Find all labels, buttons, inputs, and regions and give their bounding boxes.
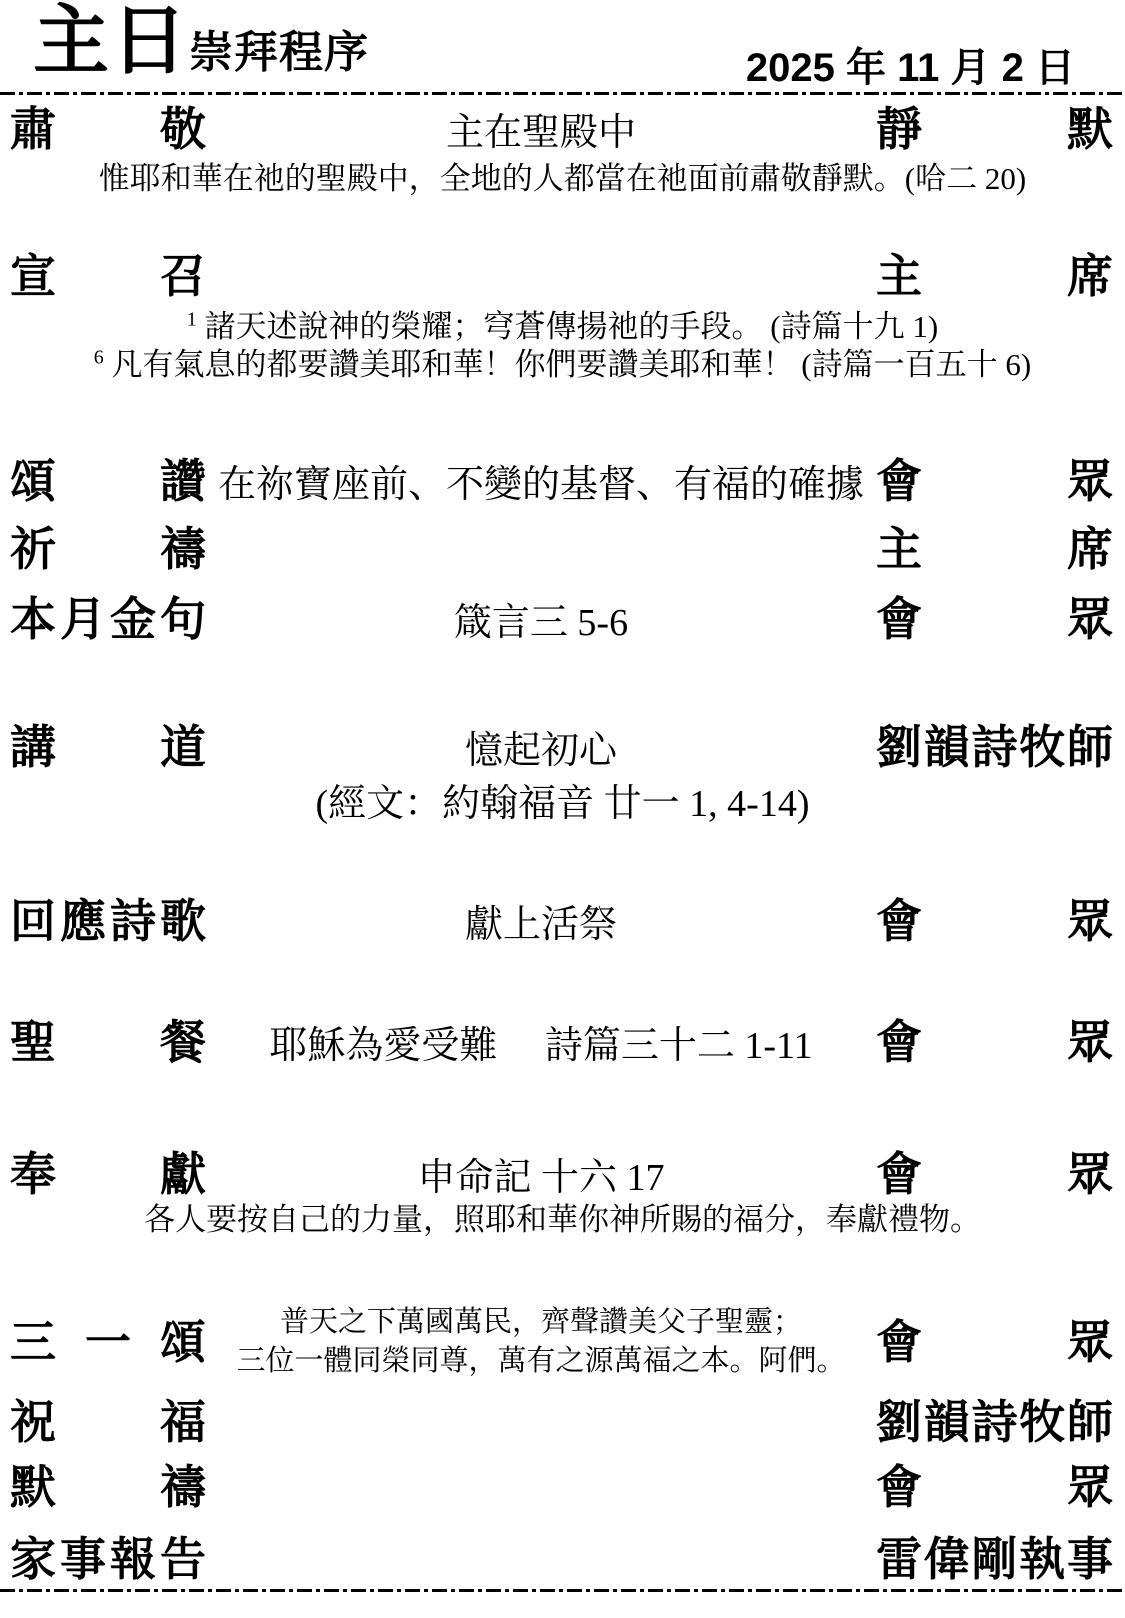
page-title-sub: 崇拜程序 <box>189 28 369 77</box>
item-label: 講道 <box>10 721 206 774</box>
item-leader: 會眾 <box>876 1148 1113 1201</box>
program-row-announcements: 家事報告 雷偉剛執事 <box>10 1533 1113 1586</box>
program-row-monthly-verse: 本月金句 箴言三 5-6 會眾 <box>10 593 1113 646</box>
item-label: 家事報告 <box>10 1533 206 1586</box>
item-label: 默禱 <box>10 1461 206 1514</box>
item-label: 祈禱 <box>10 523 206 576</box>
program-row-benediction: 祝福 劉韻詩牧師 <box>10 1396 1113 1449</box>
item-leader: 雷偉剛執事 <box>876 1533 1113 1586</box>
item-label: 本月金句 <box>10 593 206 646</box>
verse-number: 1 <box>187 309 197 331</box>
item-content: 在祢寶座前、不變的基督、有福的確據 <box>206 464 876 508</box>
item-leader: 主席 <box>876 250 1113 303</box>
item-leader: 會眾 <box>876 895 1113 948</box>
item-content: 申命記 十六 17 <box>206 1157 876 1201</box>
item-leader: 會眾 <box>876 455 1113 508</box>
item-leader: 劉韻詩牧師 <box>876 1396 1113 1449</box>
program-row-communion: 聖餐 耶穌為愛受難 詩篇三十二 1-11 會眾 <box>10 1016 1113 1069</box>
scripture-note: 惟耶和華在祂的聖殿中，全地的人都當在祂面前肅敬靜默。(哈二 20) <box>0 160 1125 197</box>
item-content: 獻上活祭 <box>206 904 876 948</box>
divider-bottom <box>0 1589 1125 1592</box>
item-label: 肅敬 <box>10 103 206 156</box>
program-row-praise: 頌讚 在祢寶座前、不變的基督、有福的確據 會眾 <box>10 455 1113 508</box>
program-row-offering: 奉獻 申命記 十六 17 會眾 <box>10 1148 1113 1201</box>
item-leader: 會眾 <box>876 1016 1113 1069</box>
item-content: 主在聖殿中 <box>206 112 876 156</box>
item-label: 聖餐 <box>10 1016 206 1069</box>
program-row-doxology: 三一頌 普天之下萬國萬民，齊聲讚美父子聖靈； 三位一體同榮同尊，萬有之源萬福之本… <box>10 1303 1113 1381</box>
scripture-note: 1 諸天述說神的榮耀；穹蒼傳揚祂的手段。 (詩篇十九 1) <box>0 308 1125 345</box>
service-date: 2025 年 11 月 2 日 <box>746 36 1075 93</box>
item-label: 頌讚 <box>10 455 206 508</box>
scripture-note: 各人要按自己的力量，照耶和華你神所賜的福分，奉獻禮物。 <box>0 1201 1125 1238</box>
item-leader: 會眾 <box>876 1316 1113 1369</box>
program-row-response-hymn: 回應詩歌 獻上活祭 會眾 <box>10 895 1113 948</box>
item-content: 普天之下萬國萬民，齊聲讚美父子聖靈； 三位一體同榮同尊，萬有之源萬福之本。阿們。 <box>206 1303 876 1381</box>
verse-text: 諸天述說神的榮耀；穹蒼傳揚祂的手段。 (詩篇十九 1) <box>205 309 939 344</box>
item-leader: 會眾 <box>876 1461 1113 1514</box>
item-content: 耶穌為愛受難 詩篇三十二 1-11 <box>206 1025 876 1069</box>
item-label: 奉獻 <box>10 1148 206 1201</box>
item-label: 三一頌 <box>10 1316 206 1369</box>
verse-text: 凡有氣息的都要讚美耶和華！你們要讚美耶和華！ (詩篇一百五十 6) <box>112 347 1032 382</box>
program-row-silence: 肅敬 主在聖殿中 靜默 <box>10 103 1113 156</box>
item-content: 箴言三 5-6 <box>206 602 876 646</box>
item-leader: 靜默 <box>876 103 1113 156</box>
item-label: 回應詩歌 <box>10 895 206 948</box>
program-row-prayer: 祈禱 主席 <box>10 523 1113 576</box>
sermon-scripture-note: (經文：約翰福音 廿一 1, 4-14) <box>0 782 1125 828</box>
verse-number: 6 <box>94 347 104 369</box>
scripture-note: 6 凡有氣息的都要讚美耶和華！你們要讚美耶和華！ (詩篇一百五十 6) <box>0 346 1125 383</box>
program-row-silent-prayer: 默禱 會眾 <box>10 1461 1113 1514</box>
doxology-line: 普天之下萬國萬民，齊聲讚美父子聖靈； <box>206 1303 876 1342</box>
program-row-call-to-worship: 宣召 主席 <box>10 250 1113 303</box>
divider-top <box>0 92 1125 95</box>
page-title: 主日崇拜程序 <box>33 0 369 84</box>
item-content: 憶起初心 <box>206 730 876 774</box>
program-row-sermon: 講道 憶起初心 劉韻詩牧師 <box>10 721 1113 774</box>
item-leader: 主席 <box>876 523 1113 576</box>
doxology-line: 三位一體同榮同尊，萬有之源萬福之本。阿們。 <box>206 1342 876 1381</box>
page-title-main: 主日 <box>33 0 189 84</box>
item-leader: 會眾 <box>876 593 1113 646</box>
item-label: 祝福 <box>10 1396 206 1449</box>
item-leader: 劉韻詩牧師 <box>876 721 1113 774</box>
worship-program-page: 主日崇拜程序 2025 年 11 月 2 日 肅敬 主在聖殿中 靜默 惟耶和華在… <box>0 0 1125 1618</box>
item-label: 宣召 <box>10 250 206 303</box>
